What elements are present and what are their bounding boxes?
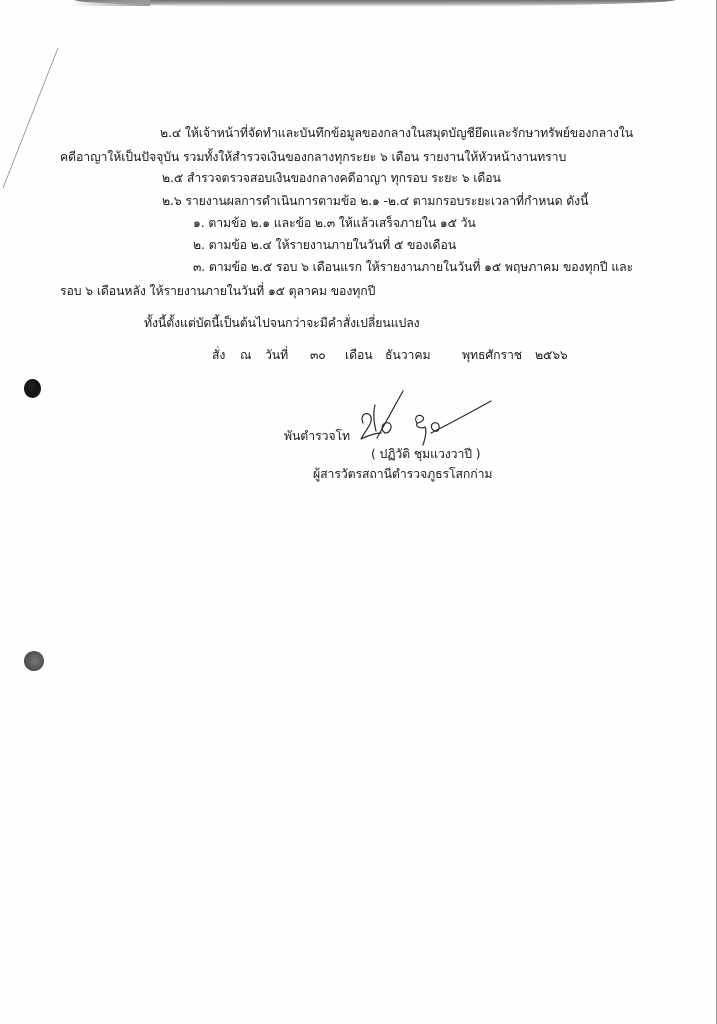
day-value: ๓๐ <box>310 347 326 363</box>
list-item-1: ๑. ตามข้อ ๒.๑ และข้อ ๒.๓ ให้แล้วเสร็จภาย… <box>193 215 476 231</box>
day-label: วันที่ <box>265 347 288 363</box>
scanner-shadow-top <box>75 0 675 7</box>
list-item-3-line-1: ๓. ตามข้อ ๒.๕ รอบ ๖ เดือนแรก ให้รายงานภา… <box>193 259 633 275</box>
paragraph-2-4-line-2: คดีอาญาให้เป็นปัจจุบัน รวมทั้งให้สำรวจเง… <box>60 149 566 165</box>
punch-hole <box>24 651 44 671</box>
effective-statement: ทั้งนี้ตั้งแต่บัดนี้เป็นต้นไปจนกว่าจะมีค… <box>144 315 420 331</box>
signer-position: ผู้สารวัตรสถานีตำรวจภูธรโสกก่าม <box>313 466 492 482</box>
year-label: พุทธศักราช <box>462 347 522 363</box>
paragraph-2-4-line-1: ๒.๔ ให้เจ้าหน้าที่จัดทำและบันทึกข้อมูลขอ… <box>160 125 633 141</box>
scanner-shadow-corner <box>70 0 150 6</box>
scanned-document-page: ๒.๔ ให้เจ้าหน้าที่จัดทำและบันทึกข้อมูลขอ… <box>0 0 717 1024</box>
list-item-3-line-2: รอบ ๖ เดือนหลัง ให้รายงานภายในวันที่ ๑๕ … <box>60 283 375 299</box>
signer-rank: พันตำรวจโท <box>284 428 350 444</box>
punch-hole <box>24 379 41 398</box>
paragraph-2-6: ๒.๖ รายงานผลการดำเนินการตามข้อ ๒.๑ -๒.๔ … <box>162 193 588 209</box>
paragraph-2-5: ๒.๕ สำรวจตรวจสอบเงินของกลางคดีอาญา ทุกรอ… <box>162 170 501 186</box>
list-item-2: ๒. ตามข้อ ๒.๔ ให้รายงานภายในวันที่ ๕ ของ… <box>193 237 456 253</box>
year-value: ๒๕๖๖ <box>535 347 568 363</box>
month-value: ธันวาคม <box>385 347 430 363</box>
at-label: ณ <box>240 347 251 363</box>
month-label: เดือน <box>345 347 373 363</box>
signer-name: ( ปฏิวัติ ชุมแวงวาปี ) <box>371 446 480 462</box>
order-label: สั่ง <box>212 347 225 363</box>
handwritten-signature <box>355 383 495 453</box>
